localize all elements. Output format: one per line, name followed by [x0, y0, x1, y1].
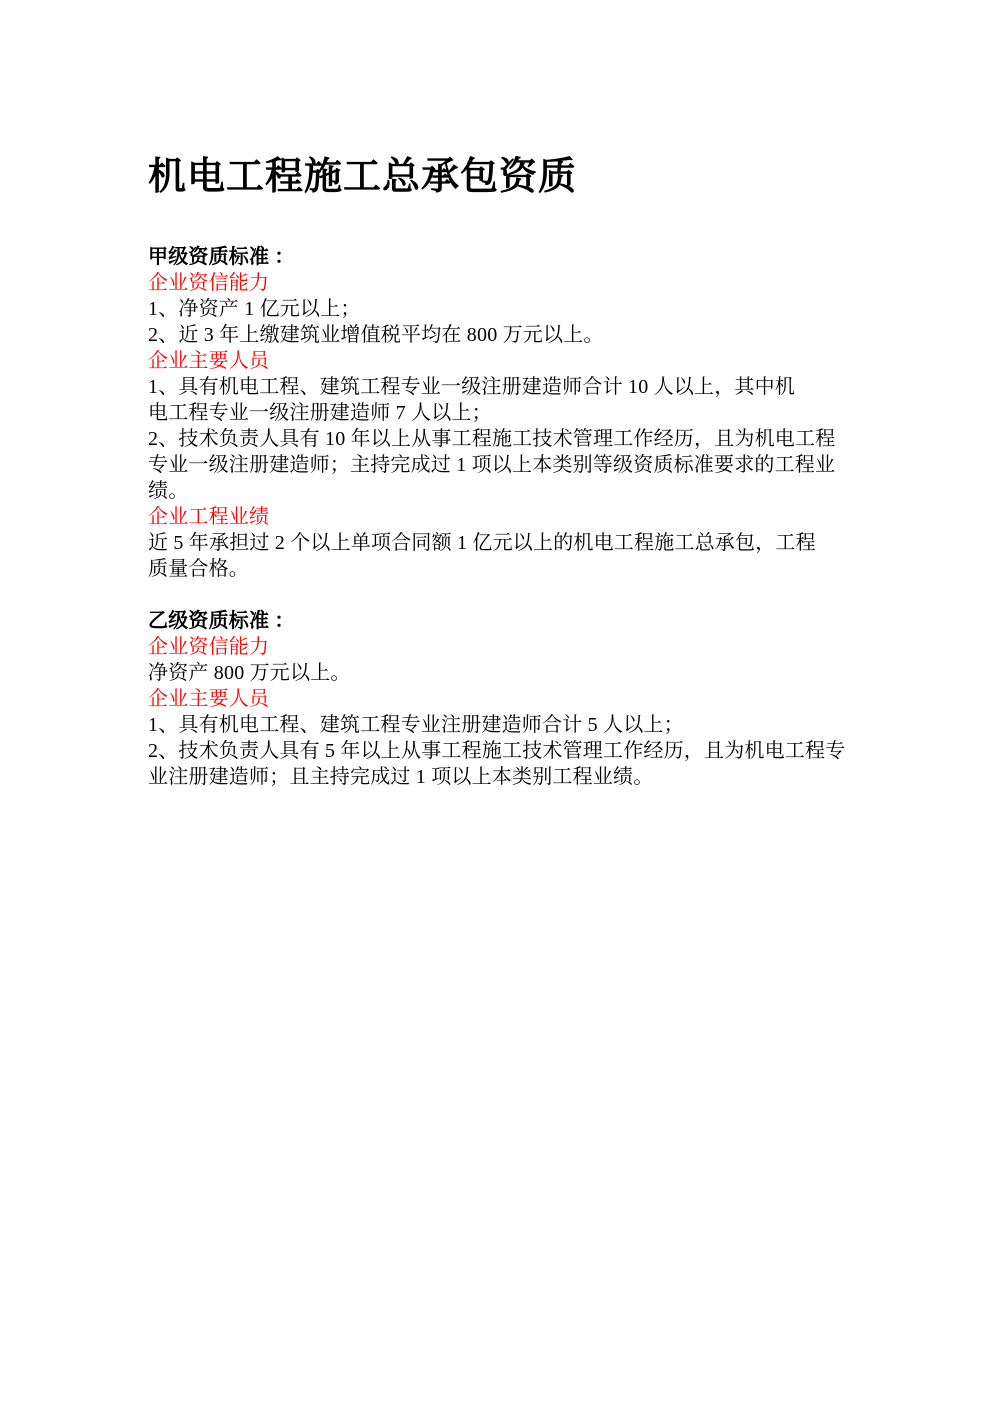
document-title: 机电工程施工总承包资质 — [148, 156, 870, 198]
grade-a-heading: 甲级资质标准 ： — [148, 244, 870, 270]
section-grade-a: 甲级资质标准 ： 企业资信能力 1、净资产 1 亿元以上； 2、近 3 年上缴建… — [148, 244, 870, 582]
text-line: 质量合格。 — [148, 556, 870, 582]
text-line: 净资产 800 万元以上。 — [148, 660, 870, 686]
section-grade-b: 乙级资质标准 ： 企业资信能力 净资产 800 万元以上。 企业主要人员 1、具… — [148, 608, 870, 790]
text-line: 电工程专业一级注册建造师 7 人以上； — [148, 400, 870, 426]
text-line: 1、具有机电工程、建筑工程专业注册建造师合计 5 人以上； — [148, 712, 870, 738]
subheading-credit-b: 企业资信能力 — [148, 634, 870, 660]
text-line: 1、具有机电工程、建筑工程专业一级注册建造师合计 10 人以上，其中机 — [148, 374, 870, 400]
subheading-credit-a: 企业资信能力 — [148, 270, 870, 296]
text-line: 专业一级注册建造师；主持完成过 1 项以上本类别等级资质标准要求的工程业 — [148, 452, 870, 478]
grade-b-heading: 乙级资质标准 ： — [148, 608, 870, 634]
text-line: 业注册建造师；且主持完成过 1 项以上本类别工程业绩。 — [148, 764, 870, 790]
subheading-personnel-b: 企业主要人员 — [148, 686, 870, 712]
subheading-performance-a: 企业工程业绩 — [148, 504, 870, 530]
text-line: 2、技术负责人具有 5 年以上从事工程施工技术管理工作经历，且为机电工程专 — [148, 738, 870, 764]
subheading-personnel-a: 企业主要人员 — [148, 348, 870, 374]
text-line: 2、技术负责人具有 10 年以上从事工程施工技术管理工作经历，且为机电工程 — [148, 426, 870, 452]
text-line: 绩。 — [148, 478, 870, 504]
text-line: 近 5 年承担过 2 个以上单项合同额 1 亿元以上的机电工程施工总承包，工程 — [148, 530, 870, 556]
document-page: 机电工程施工总承包资质 甲级资质标准 ： 企业资信能力 1、净资产 1 亿元以上… — [0, 0, 1000, 1415]
text-line: 2、近 3 年上缴建筑业增值税平均在 800 万元以上。 — [148, 322, 870, 348]
text-line: 1、净资产 1 亿元以上； — [148, 296, 870, 322]
